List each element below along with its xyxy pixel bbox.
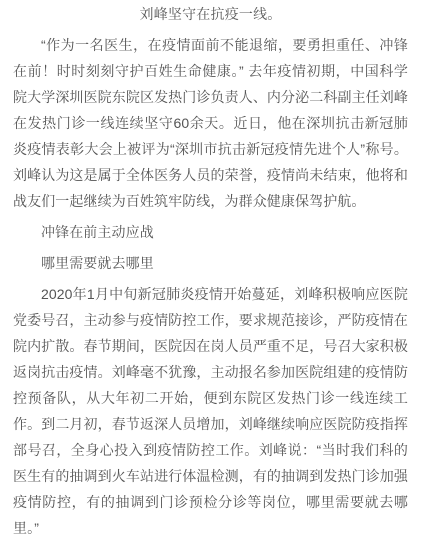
paragraph-epidemic-response: 2020年1月中旬新冠肺炎疫情开始蔓延，刘峰积极响应医院党委号召，主动参与疫情防… bbox=[13, 281, 408, 534]
subhead-charge-ahead: 冲锋在前主动应战 bbox=[13, 219, 408, 245]
image-caption: 刘峰坚守在抗疫一线。 bbox=[13, 2, 408, 26]
subhead-go-where-needed: 哪里需要就去哪里 bbox=[13, 250, 408, 276]
article-page: 刘峰坚守在抗疫一线。 “作为一名医生，在疫情面前不能退缩，要勇担重任、冲锋在前！… bbox=[0, 0, 422, 534]
article-body: { "colors": { "background": "#ffffff", "… bbox=[0, 0, 422, 534]
paragraph-intro: “作为一名医生，在疫情面前不能退缩，要勇担重任、冲锋在前！时时刻刻守护百姓生命健… bbox=[13, 32, 408, 214]
